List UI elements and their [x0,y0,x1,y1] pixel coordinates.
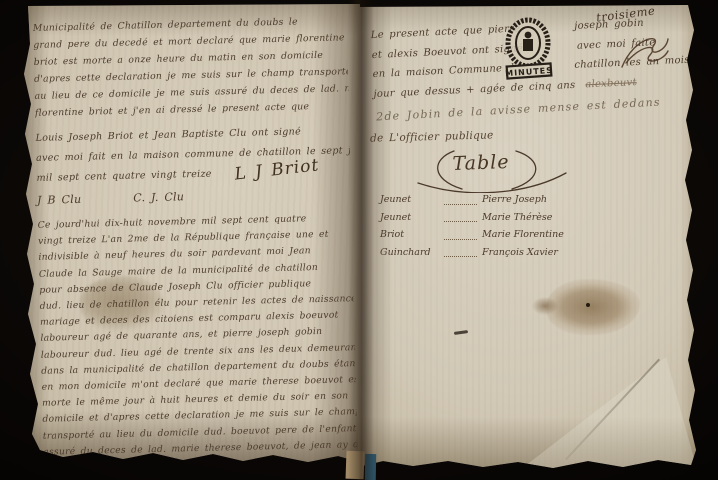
table-title: Table [416,150,547,177]
table-row: Guinchard François Xavier [380,244,590,262]
second-act: Ce jourd'hui dix-huit novembre mil sept … [37,210,357,461]
given-name: Marie Thérèse [482,209,590,227]
surname: Jeunet [380,191,442,209]
given-name: Marie Florentine [482,226,590,244]
dotted-leader [444,228,477,240]
surname: Guinchard [380,244,442,262]
fold-crease [565,359,660,461]
table-row: Jeunet Marie Thérèse [380,209,590,227]
brown-stain [546,279,640,335]
dotted-leader [444,210,477,222]
name-table: Jeunet Pierre Joseph Jeunet Marie Thérès… [380,191,590,261]
struck-word: alexbeuvt [585,73,637,95]
left-page-text: Municipalité de Chatillon departement du… [33,12,358,461]
signature-row: J B Clu C. J. Clu [37,186,351,207]
ink-speck [454,330,468,335]
manuscript-photo: Municipalité de Chatillon departement du… [0,0,718,480]
signature-clu-left: J B Clu [37,193,82,207]
surname: Briot [380,226,442,244]
blue-page-marker [365,454,376,480]
left-page: Municipalité de Chatillon departement du… [18,4,360,466]
table-row: Briot Marie Florentine [380,226,590,244]
stain-speck [586,303,590,307]
dotted-leader [444,193,477,205]
surname: Jeunet [380,209,442,227]
given-name: François Xavier [482,244,590,262]
given-name: Pierre Joseph [482,191,590,209]
officier-line: de L'officier publique [370,129,494,144]
notarial-stamp-icon: MINUTES [504,17,554,81]
signature-clu-center: C. J. Clu [133,190,184,204]
table-row: Jeunet Pierre Joseph [380,191,590,209]
spine-strip [346,451,365,480]
right-page: troisieme Le present acte que pierre jos… [358,5,704,473]
dotted-leader [444,245,477,257]
